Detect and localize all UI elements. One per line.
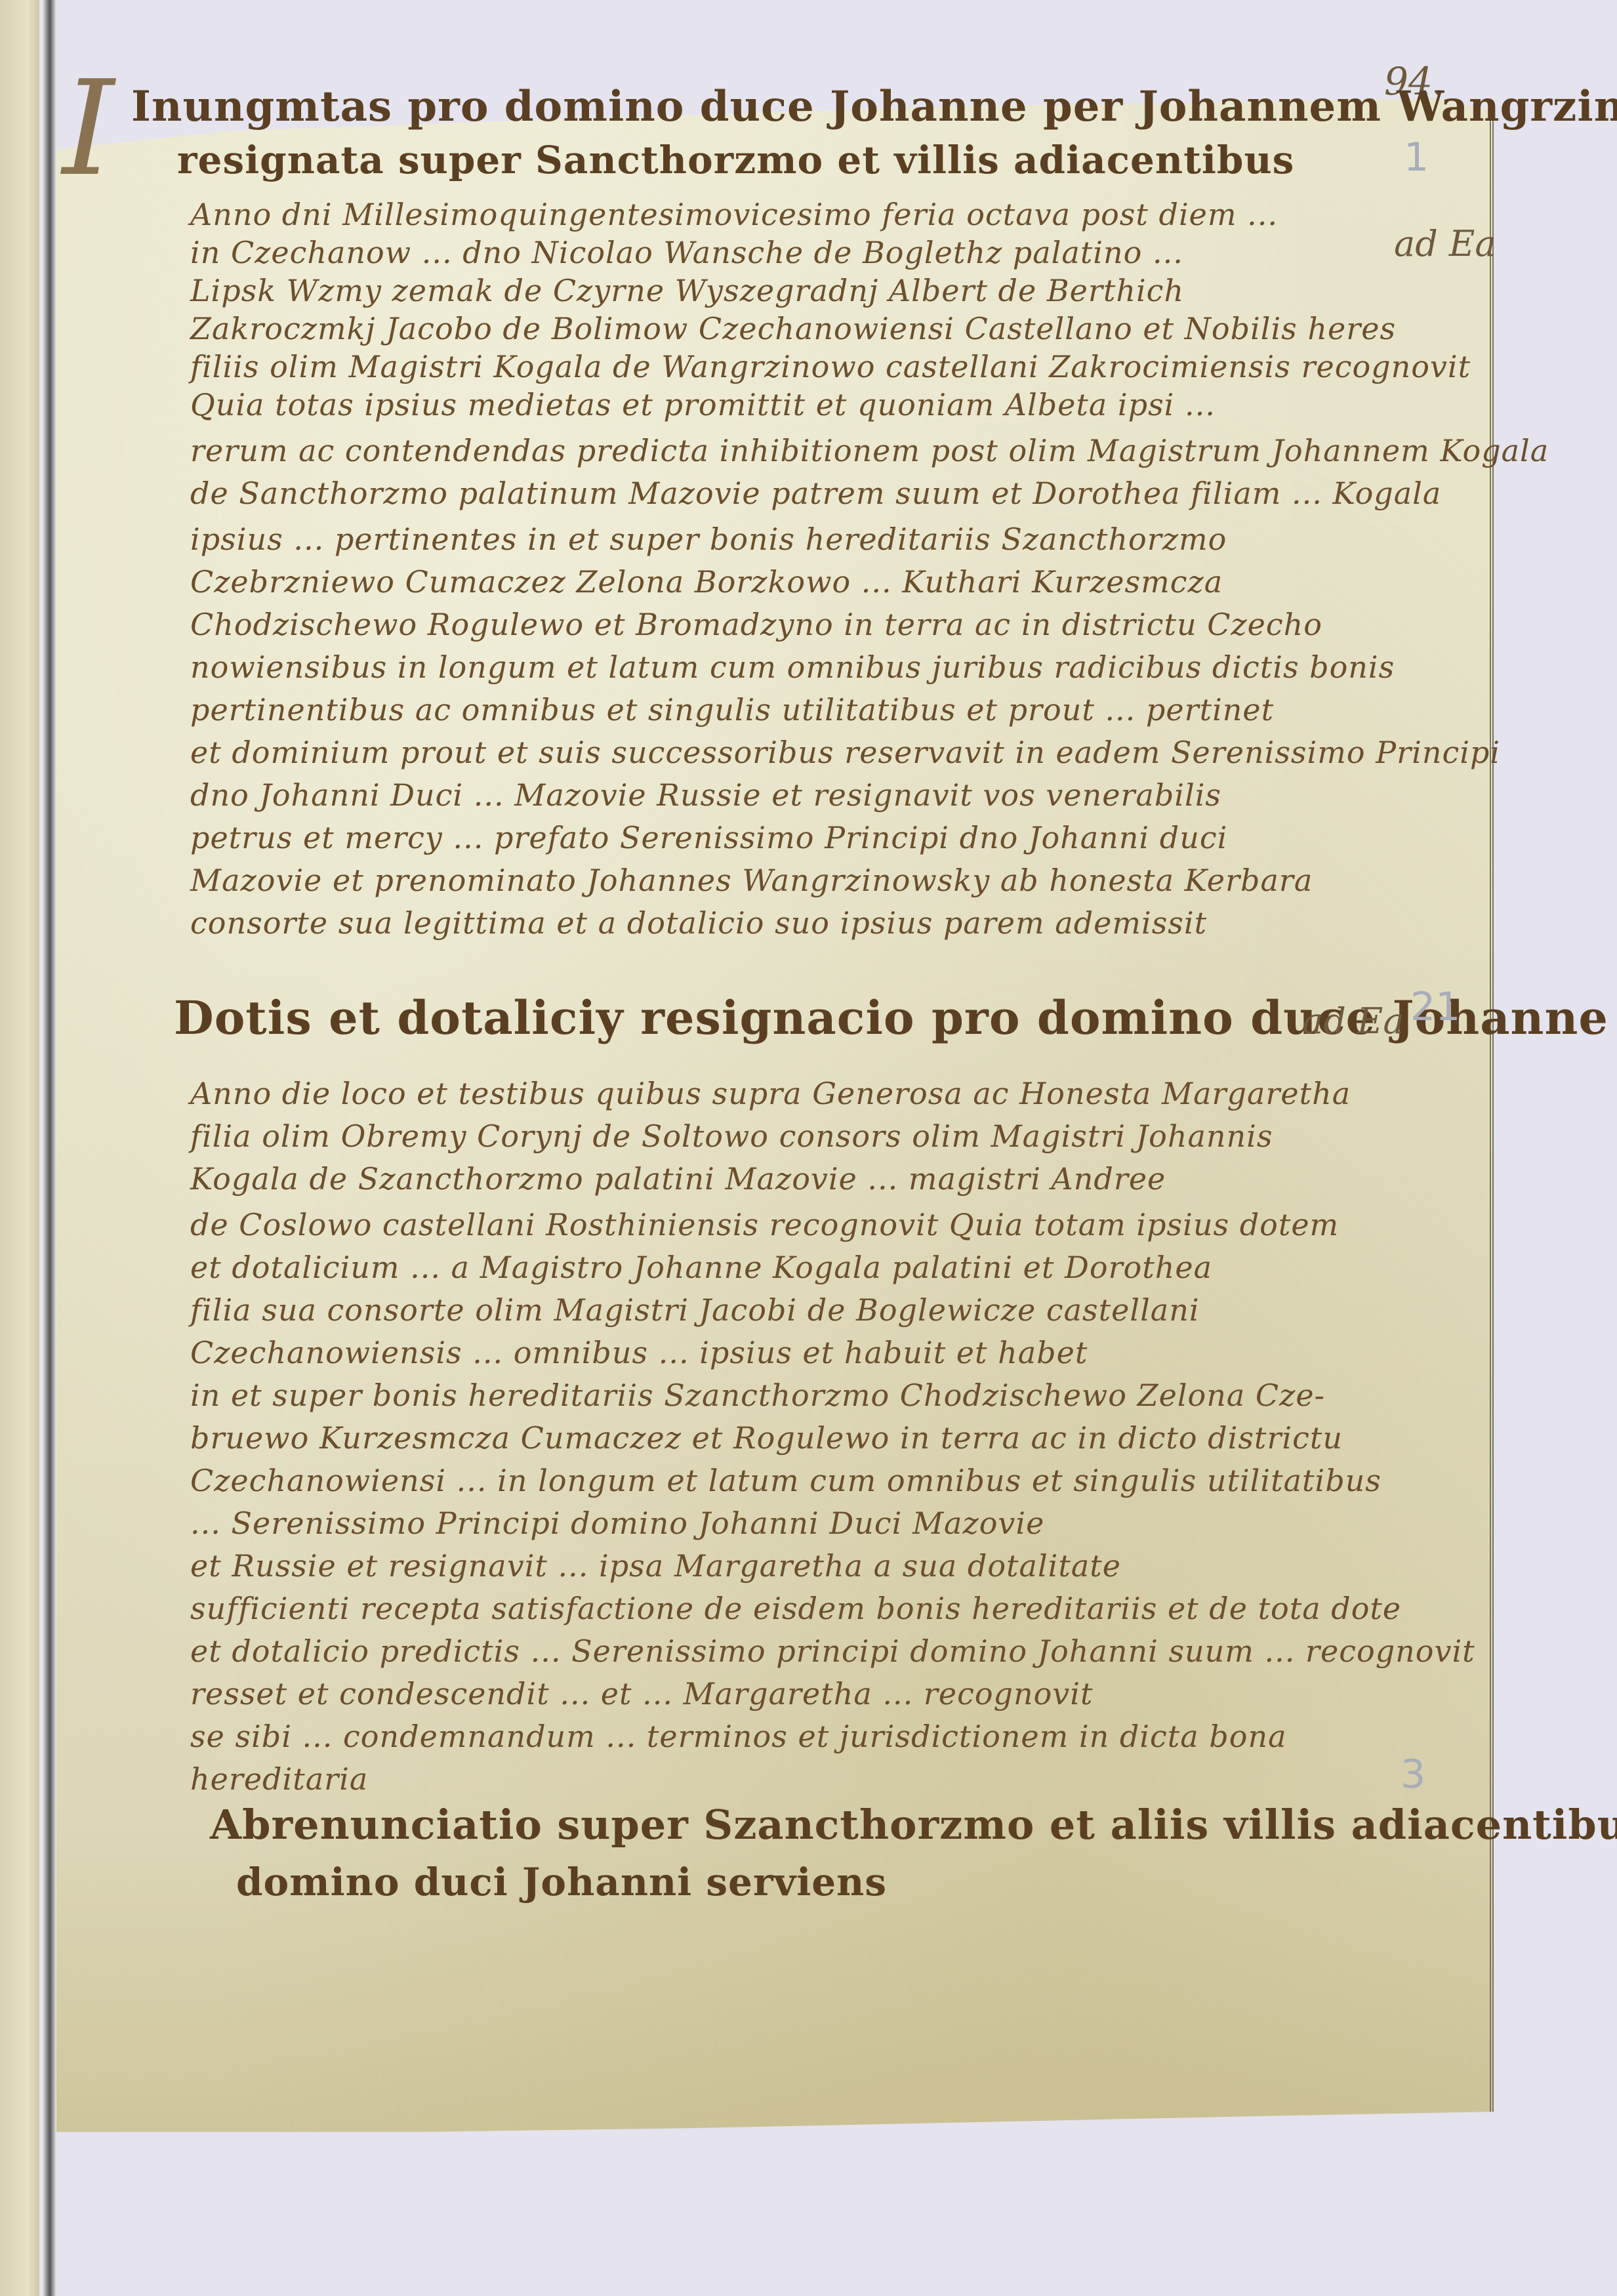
entry-2-line: se sibi ... condemnandum ... terminos et… bbox=[190, 1719, 1287, 1754]
entry-1-line: ipsius ... pertinentes in et super bonis… bbox=[190, 522, 1227, 557]
decorated-initial: I bbox=[62, 52, 114, 205]
entry-2-line: et dotalicium ... a Magistro Johanne Kog… bbox=[190, 1250, 1212, 1285]
entry-2-line: de Coslowo castellani Rosthiniensis reco… bbox=[190, 1207, 1339, 1242]
entry-1-heading-line-1: Inungmtas pro domino duce Johanne per Jo… bbox=[131, 82, 1617, 131]
entry-2-line: ... Serenissimo Principi domino Johanni … bbox=[190, 1506, 1044, 1541]
entry-2-line: resset et condescendit ... et ... Margar… bbox=[190, 1676, 1094, 1712]
entry-1-line: consorte sua legittima et a dotalicio su… bbox=[190, 905, 1207, 941]
entry-2-margin-note: ad Ea bbox=[1302, 1000, 1404, 1042]
previous-leaf-edge bbox=[0, 0, 39, 2296]
glass-plate-edge bbox=[42, 0, 56, 2296]
entry-2-line: bruewo Kurzesmcza Cumaczez et Rogulewo i… bbox=[190, 1420, 1343, 1456]
entry-1-pencil-mark: 1 bbox=[1404, 134, 1429, 180]
entry-2-line: Czechanowiensi ... in longum et latum cu… bbox=[190, 1463, 1382, 1498]
entry-1-line: Zakroczmkj Jacobo de Bolimow Czechanowie… bbox=[190, 311, 1396, 346]
entry-1-line: in Czechanow ... dno Nicolao Wansche de … bbox=[190, 235, 1183, 270]
entry-2-line: Czechanowiensis ... omnibus ... ipsius e… bbox=[190, 1335, 1088, 1370]
entry-1-line: Mazovie et prenominato Johannes Wangrzin… bbox=[190, 863, 1313, 898]
entry-2-line: Kogala de Szancthorzmo palatini Mazovie … bbox=[190, 1161, 1166, 1197]
entry-1-line: Chodzischewo Rogulewo et Bromadzyno in t… bbox=[190, 607, 1322, 642]
entry-2-line: Anno die loco et testibus quibus supra G… bbox=[190, 1076, 1351, 1111]
entry-2-line: filia sua consorte olim Magistri Jacobi … bbox=[190, 1292, 1200, 1328]
entry-1-line: petrus et mercy ... prefato Serenissimo … bbox=[190, 820, 1227, 855]
entry-3-heading-line-1: Abrenunciatio super Szancthorzmo et alii… bbox=[210, 1801, 1617, 1849]
entry-1-line: filiis olim Magistri Kogala de Wangrzino… bbox=[190, 349, 1471, 384]
entry-2-line: hereditaria bbox=[190, 1761, 368, 1797]
entry-1-line: Quia totas ipsius medietas et promittit … bbox=[190, 387, 1216, 422]
entry-2-pencil-mark: 21 bbox=[1410, 984, 1460, 1030]
entry-1-line: rerum ac contendendas predicta inhibitio… bbox=[190, 433, 1549, 468]
entry-1-line: nowiensibus in longum et latum cum omnib… bbox=[190, 649, 1395, 685]
entry-1-line: Czebrzniewo Cumaczez Zelona Borzkowo ...… bbox=[190, 564, 1223, 600]
entry-2-line: sufficienti recepta satisfactione de eis… bbox=[190, 1591, 1401, 1626]
entry-1-line: Lipsk Wzmy zemak de Czyrne Wyszegradnj A… bbox=[190, 273, 1184, 308]
entry-1-line: Anno dni Millesimoquingentesimovicesimo … bbox=[190, 197, 1278, 232]
entry-2-line: in et super bonis hereditariis Szancthor… bbox=[190, 1378, 1325, 1413]
entry-1-margin-note: ad Ea bbox=[1394, 223, 1496, 264]
entry-3-pencil-mark: 3 bbox=[1401, 1752, 1425, 1797]
entry-1-line: pertinentibus ac omnibus et singulis uti… bbox=[190, 692, 1274, 728]
entry-2-line: filia olim Obremy Corynj de Soltowo cons… bbox=[190, 1118, 1273, 1154]
entry-2-line: et Russie et resignavit ... ipsa Margare… bbox=[190, 1548, 1121, 1584]
entry-1-line: dno Johanni Duci ... Mazovie Russie et r… bbox=[190, 777, 1221, 813]
entry-1-line: et dominium prout et suis successoribus … bbox=[190, 735, 1500, 770]
entry-1-heading-line-2: resignata super Sancthorzmo et villis ad… bbox=[177, 138, 1294, 182]
entry-1-line: de Sancthorzmo palatinum Mazovie patrem … bbox=[190, 476, 1441, 511]
entry-3-heading-line-2: domino duci Johanni serviens bbox=[236, 1860, 887, 1904]
entry-2-line: et dotalicio predictis ... Serenissimo p… bbox=[190, 1633, 1475, 1669]
